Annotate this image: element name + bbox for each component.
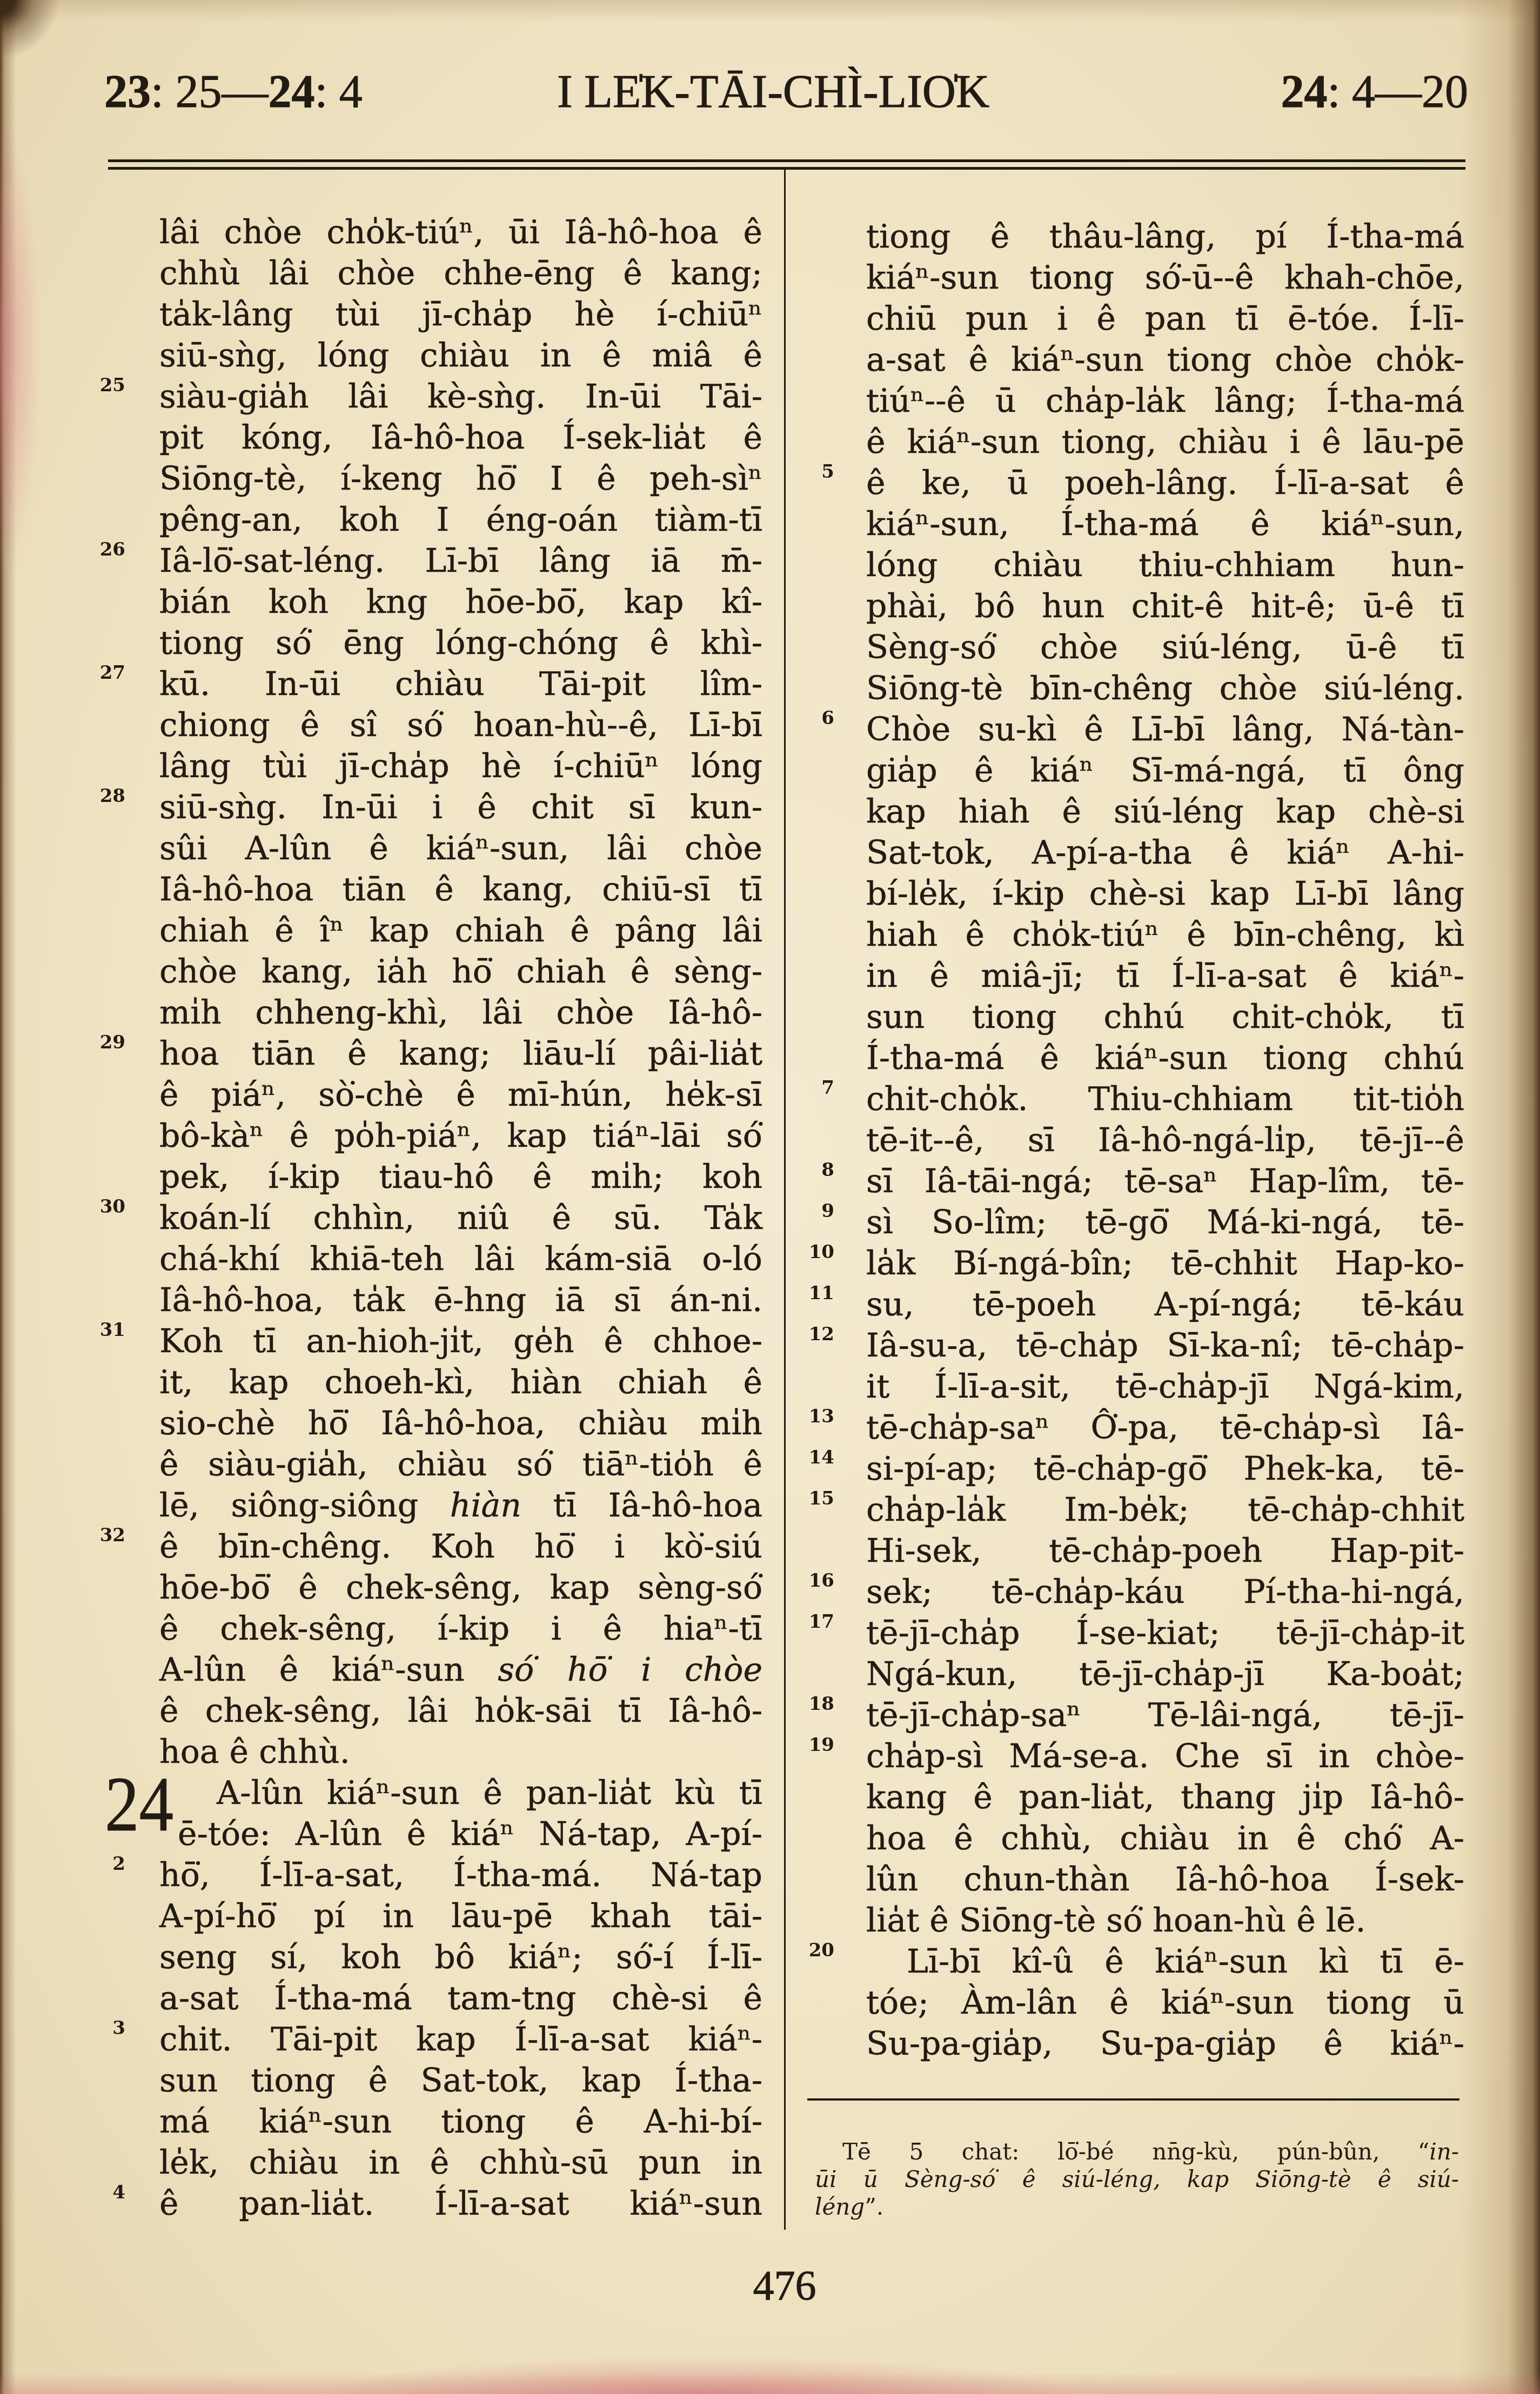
text-line: 19cha̍p-sì Má-se-a. Che sī in chòe-	[866, 1736, 1464, 1777]
line-text: Lī-bī kî-û ê kiáⁿ-sun kì tī ē-	[907, 1943, 1464, 1981]
text-line: lâng tùi jī-cha̍p hè í-chiūⁿ lóng	[159, 746, 762, 787]
text-line: chiah ê îⁿ kap chiah ê pâng lâi	[159, 910, 762, 951]
verse-number: 26	[82, 540, 125, 559]
verse-number: 12	[791, 1325, 834, 1343]
text-line: hoa ê chhù.	[159, 1731, 762, 1773]
line-text: sī Iâ-tāi-ngá; tē-saⁿ Hap-lîm, tē-	[866, 1162, 1464, 1200]
footnote: Tē 5 chat: lō͘-bé nn̄g-kù, pún-bûn, “in-…	[815, 2138, 1459, 2221]
text-line: a-sat ê kiáⁿ-sun tiong chòe cho̍k-	[866, 339, 1464, 380]
verse-number: 17	[791, 1613, 834, 1631]
text-line: tē-it--ê, sī Iâ-hô-ngá-li̍p, tē-jī--ê	[866, 1120, 1464, 1161]
text-line: kang ê pan-lia̍t, thang ji̍p Iâ-hô-	[866, 1777, 1464, 1818]
line-text: cha̍p-sì Má-se-a. Che sī in chòe-	[866, 1737, 1464, 1775]
text-line: lóng chiàu thiu-chhiam hun-	[866, 545, 1464, 586]
text-line: phài, bô hun chit-ê hit-ê; ū-ê tī	[866, 586, 1464, 627]
verse-number: 30	[82, 1198, 125, 1216]
line-text: sì So-lîm; tē-gō͘ Má-ki-ngá, tē-	[866, 1203, 1464, 1241]
text-line: ê piáⁿ, sò͘-chè ê mī-hún, he̍k-sī	[159, 1074, 762, 1115]
text-line: Sat-tok, A-pí-a-tha ê kiáⁿ A-hi-	[866, 832, 1464, 873]
text-line: 31Koh tī an-hioh-ji̍t, ge̍h ê chhoe-	[159, 1321, 762, 1362]
line-text: ê ke, ū poeh-lâng. Í-lī-a-sat ê	[866, 464, 1464, 502]
line-text: lē, siông-siông	[159, 1487, 450, 1524]
text-line: 3chit. Tāi-pit kap Í-lī-a-sat kiáⁿ-	[159, 2019, 762, 2060]
text-line: 2hō͘, Í-lī-a-sat, Í-tha-má. Ná-tap	[159, 1855, 762, 1896]
text-line: 17tē-jī-cha̍p Í-se-kiat; tē-jī-cha̍p-it	[866, 1613, 1464, 1654]
header-rule-bottom	[108, 167, 1465, 170]
verse-number: 18	[791, 1695, 834, 1713]
italic-text: hiàn	[450, 1487, 521, 1524]
header-ref-part: : 25—	[151, 65, 268, 117]
text-line: bí-le̍k, í-kip chè-si kap Lī-bī lâng	[866, 873, 1464, 914]
line-text: su, tē-poeh A-pí-ngá; tē-káu	[866, 1286, 1464, 1323]
text-line: 28siū-sǹg. In-ūi i ê chit sī kun-	[159, 787, 762, 828]
text-line: sûi A-lûn ê kiáⁿ-sun, lâi chòe	[159, 828, 762, 869]
right-text-column: tiong ê thâu-lâng, pí Í-tha-má kiáⁿ-sun …	[866, 216, 1464, 2064]
header-ref-part: : 4—20	[1328, 65, 1468, 117]
line-text: A-lûn kiáⁿ-sun ê pan-lia̍t kù tī	[217, 1774, 762, 1812]
header-reference-right: 24: 4—20	[1281, 68, 1468, 115]
text-line: Siōng-tè bīn-chêng chòe siú-léng.	[866, 668, 1464, 709]
text-line: ta̍k-lâng tùi jī-cha̍p hè í-chiūⁿ	[159, 294, 762, 335]
text-line: tiong só͘ ēng lóng-chóng ê khì-	[159, 623, 762, 664]
text-line: má kiáⁿ-sun tiong ê A-hi-bí-	[159, 2101, 762, 2142]
header-rule-top	[108, 159, 1465, 162]
text-line: pêng-an, koh I éng-oán tiàm-tī	[159, 499, 762, 540]
text-line: hiah ê cho̍k-tiúⁿ ê bīn-chêng, kì	[866, 914, 1464, 955]
text-line: Hi-sek, tē-cha̍p-poeh Hap-pit-	[866, 1530, 1464, 1572]
text-line: tiong ê thâu-lâng, pí Í-tha-má	[866, 216, 1464, 257]
verse-number: 3	[82, 2019, 125, 2037]
text-line: A-lûn ê kiáⁿ-sun só͘ hō͘ i chòe	[159, 1649, 762, 1690]
text-line: ê siàu-gia̍h, chiàu só͘ tiāⁿ-tio̍h ê	[159, 1444, 762, 1485]
text-line: lâi chòe cho̍k-tiúⁿ, ūi Iâ-hô-hoa ê	[159, 212, 762, 253]
line-text: la̍k Bí-ngá-bîn; tē-chhit Hap-ko-	[866, 1245, 1464, 1282]
text-line: Iâ-hô-hoa tiān ê kang, chiū-sī tī	[159, 869, 762, 910]
text-line: 15cha̍p-la̍k Im-be̍k; tē-cha̍p-chhit	[866, 1489, 1464, 1530]
text-line: kap hiah ê siú-léng kap chè-si	[866, 791, 1464, 832]
verse-number: 4	[82, 2183, 125, 2202]
text-line: 26Iâ-lō͘-sat-léng. Lī-bī lâng iā m̄-	[159, 540, 762, 581]
text-line: le̍k, chiàu in ê chhù-sū pun in	[159, 2142, 762, 2183]
footnote-quote: in-	[1429, 2138, 1459, 2165]
verse-number: 31	[82, 1321, 125, 1339]
text-line: tiúⁿ--ê ū cha̍p-la̍k lâng; Í-tha-má	[866, 380, 1464, 422]
text-line: lē, siông-siông hiàn tī Iâ-hô-hoa	[159, 1485, 762, 1526]
text-line: hōe-bō͘ ê chek-sêng, kap sèng-só͘	[159, 1567, 762, 1608]
text-line: chiū pun i ê pan tī ē-tóe. Í-lī-	[866, 298, 1464, 339]
text-line: A-pí-hō͘ pí in lāu-pē khah tāi-	[159, 1896, 762, 1937]
text-line: Iâ-hô-hoa, ta̍k ē-hng iā sī án-ni.	[159, 1280, 762, 1321]
verse-number: 14	[791, 1448, 834, 1467]
text-line: 10la̍k Bí-ngá-bîn; tē-chhit Hap-ko-	[866, 1243, 1464, 1284]
text-line: 18tē-jī-cha̍p-saⁿ Tē-lâi-ngá, tē-jī-	[866, 1695, 1464, 1736]
text-line: Ngá-kun, tē-jī-cha̍p-jī Ka-boa̍t;	[866, 1654, 1464, 1695]
text-line: seng sí, koh bô kiáⁿ; só͘-í Í-lī-	[159, 1937, 762, 1978]
verse-number: 7	[791, 1079, 834, 1097]
line-text: tī Iâ-hô-hoa	[521, 1487, 762, 1524]
text-line: sio-chè hō͘ Iâ-hô-hoa, chiàu mi̍h	[159, 1403, 762, 1444]
footnote-close: ”.	[865, 2194, 883, 2220]
text-line: 6Chòe su-kì ê Lī-bī lâng, Ná-tàn-	[866, 709, 1464, 750]
book-page: 23: 25—24: 4 I LE̍K-TĀI-CHÌ-LIO̍K 24: 4—…	[0, 0, 1540, 2394]
line-text: hoa tiān ê kang; liāu-lí pâi-lia̍t	[159, 1035, 762, 1073]
header-reference-left: 23: 25—24: 4	[104, 68, 363, 115]
text-line: kiáⁿ-sun tiong só͘-ū--ê khah-chōe,	[866, 257, 1464, 298]
verse-number: 28	[82, 787, 125, 805]
header-chapter-start: 23	[104, 65, 151, 117]
verse-number: 25	[82, 376, 125, 394]
footnote-quote: léng	[815, 2194, 865, 2220]
text-line: kiáⁿ-sun, Í-tha-má ê kiáⁿ-sun,	[866, 504, 1464, 545]
verse-number: 20	[791, 1941, 834, 1960]
line-text: koán-lí chhìn, niû ê sū. Ta̍k	[159, 1199, 762, 1237]
text-line: gia̍p ê kiáⁿ Sī-má-ngá, tī ông	[866, 750, 1464, 791]
text-line: mi̍h chheng-khì, lâi chòe Iâ-hô-	[159, 992, 762, 1033]
column-divider	[784, 170, 786, 2230]
text-line: siū-sǹg, lóng chiàu in ê miâ ê	[159, 335, 762, 376]
text-line: 14si-pí-ap; tē-cha̍p-gō͘ Phek-ka, tē-	[866, 1448, 1464, 1489]
footnote-label: Tē 5 chat: lō͘-bé nn̄g-kù, pún-bûn, “	[842, 2138, 1429, 2165]
text-line: a-sat Í-tha-má tam-tng chè-si ê	[159, 1978, 762, 2019]
footnote-line: ūi ū Sèng-só͘ ê siú-léng, kap Siōng-tè ê…	[815, 2165, 1459, 2193]
text-line: 12Iâ-su-a, tē-cha̍p Sī-ka-nî; tē-cha̍p-	[866, 1325, 1464, 1366]
line-text: Koh tī an-hioh-ji̍t, ge̍h ê chhoe-	[159, 1322, 762, 1360]
footnote-line: Tē 5 chat: lō͘-bé nn̄g-kù, pún-bûn, “in-	[815, 2138, 1459, 2165]
verse-number: 6	[791, 709, 834, 727]
verse-number: 27	[82, 664, 125, 682]
text-line: 30koán-lí chhìn, niû ê sū. Ta̍k	[159, 1198, 762, 1239]
text-line: 8sī Iâ-tāi-ngá; tē-saⁿ Hap-lîm, tē-	[866, 1161, 1464, 1202]
line-text: siàu-gia̍h lâi kè-sǹg. In-ūi Tāi-	[159, 378, 762, 416]
text-line: 24A-lûn kiáⁿ-sun ê pan-lia̍t kù tī	[159, 1773, 762, 1814]
line-text: Iâ-lō͘-sat-léng. Lī-bī lâng iā m̄-	[159, 542, 762, 580]
header-chapter: 24	[1281, 65, 1328, 117]
line-text: si-pí-ap; tē-cha̍p-gō͘ Phek-ka, tē-	[866, 1450, 1464, 1488]
text-line: 27kū. In-ūi chiàu Tāi-pit lîm-	[159, 664, 762, 705]
verse-number: 19	[791, 1736, 834, 1754]
text-line: chiong ê sî só͘ hoan-hù--ê, Lī-bī	[159, 705, 762, 746]
line-text: sek; tē-cha̍p-káu Pí-tha-hi-ngá,	[866, 1573, 1464, 1611]
verse-number: 32	[82, 1526, 125, 1544]
line-text: Iâ-su-a, tē-cha̍p Sī-ka-nî; tē-cha̍p-	[866, 1327, 1464, 1365]
text-line: it Í-lī-a-sit, tē-cha̍p-jī Ngá-kim,	[866, 1366, 1464, 1407]
text-line: 11su, tē-poeh A-pí-ngá; tē-káu	[866, 1284, 1464, 1325]
line-text: A-lûn ê kiáⁿ-sun	[159, 1651, 498, 1689]
line-text: Chòe su-kì ê Lī-bī lâng, Ná-tàn-	[866, 711, 1464, 748]
text-line: sun tiong ê Sat-tok, kap Í-tha-	[159, 2060, 762, 2101]
verse-number: 29	[82, 1033, 125, 1052]
line-text: tē-cha̍p-saⁿ Ô͘-pa, tē-cha̍p-sì Iâ-	[866, 1409, 1464, 1447]
verse-number: 15	[791, 1489, 834, 1508]
line-text: tē-jī-cha̍p Í-se-kiat; tē-jī-cha̍p-it	[866, 1614, 1464, 1652]
text-line: Su-pa-gia̍p, Su-pa-gia̍p ê kiáⁿ-	[866, 2023, 1464, 2064]
text-line: ê chek-sêng, í-kip i ê hiaⁿ-tī	[159, 1608, 762, 1649]
line-text: chit. Tāi-pit kap Í-lī-a-sat kiáⁿ-	[159, 2021, 762, 2058]
verse-number: 8	[791, 1161, 834, 1179]
text-line: chòe kang, ia̍h hō͘ chiah ê sèng-	[159, 951, 762, 992]
text-line: chhù lâi chòe chhe-ēng ê kang;	[159, 253, 762, 294]
text-line: 5ê ke, ū poeh-lâng. Í-lī-a-sat ê	[866, 463, 1464, 504]
text-line: bián koh kng hōe-bō͘, kap kî-	[159, 581, 762, 623]
verse-number: 5	[791, 463, 834, 481]
text-line: 4ê pan-lia̍t. Í-lī-a-sat kiáⁿ-sun	[159, 2183, 762, 2224]
text-line: pit kóng, Iâ-hô-hoa Í-sek-lia̍t ê	[159, 417, 762, 458]
text-line: Í-tha-má ê kiáⁿ-sun tiong chhú	[866, 1038, 1464, 1079]
line-text: hō͘, Í-lī-a-sat, Í-tha-má. Ná-tap	[159, 1856, 762, 1894]
text-line: 20Lī-bī kî-û ê kiáⁿ-sun kì tī ē-	[866, 1941, 1464, 1982]
text-line: ê chek-sêng, lâi ho̍k-sāi tī Iâ-hô-	[159, 1690, 762, 1731]
text-line: 7chit-cho̍k. Thiu-chhiam tit-tio̍h	[866, 1079, 1464, 1120]
line-text: kū. In-ūi chiàu Tāi-pit lîm-	[159, 665, 762, 703]
book-title: I LE̍K-TĀI-CHÌ-LIO̍K	[557, 68, 989, 115]
line-text: ê pan-lia̍t. Í-lī-a-sat kiáⁿ-sun	[159, 2185, 762, 2223]
verse-number: 10	[791, 1243, 834, 1261]
text-line: 25siàu-gia̍h lâi kè-sǹg. In-ūi Tāi-	[159, 376, 762, 417]
verse-number: 16	[791, 1572, 834, 1590]
text-line: ē-tóe: A-lûn ê kiáⁿ Ná-tap, A-pí-	[159, 1814, 762, 1855]
text-line: 13tē-cha̍p-saⁿ Ô͘-pa, tē-cha̍p-sì Iâ-	[866, 1407, 1464, 1448]
footnote-rule	[807, 2098, 1459, 2101]
italic-text: só͘ hō͘ i chòe	[498, 1651, 762, 1689]
text-line: in ê miâ-jī; tī Í-lī-a-sat ê kiáⁿ-	[866, 955, 1464, 997]
verse-number: 2	[82, 1855, 125, 1873]
text-line: ê kiáⁿ-sun tiong, chiàu i ê lāu-pē	[866, 422, 1464, 463]
text-line: 29hoa tiān ê kang; liāu-lí pâi-lia̍t	[159, 1033, 762, 1074]
text-line: lûn chun-thàn Iâ-hô-hoa Í-sek-	[866, 1859, 1464, 1900]
text-line: 16sek; tē-cha̍p-káu Pí-tha-hi-ngá,	[866, 1572, 1464, 1613]
left-text-column: lâi chòe cho̍k-tiúⁿ, ūi Iâ-hô-hoa ê chhù…	[159, 212, 762, 2224]
text-line: sun tiong chhú chit-cho̍k, tī	[866, 997, 1464, 1038]
text-line: it, kap choeh-kì, hiàn chiah ê	[159, 1362, 762, 1403]
text-line: Siōng-tè, í-keng hō͘ I ê peh-sìⁿ	[159, 458, 762, 499]
text-line: Sèng-só͘ chòe siú-léng, ū-ê tī	[866, 627, 1464, 668]
footnote-quote: ūi ū Sèng-só͘ ê siú-léng, kap Siōng-tè ê…	[815, 2166, 1459, 2192]
header-ref-part: : 4	[314, 65, 362, 117]
verse-number: 9	[791, 1202, 834, 1220]
text-line: hoa ê chhù, chiàu in ê chó͘ A-	[866, 1818, 1464, 1859]
text-line: pek, í-kip tiau-hô ê mi̍h; koh	[159, 1156, 762, 1198]
header-chapter-end: 24	[268, 65, 314, 117]
text-line: chá-khí khiā-teh lâi kám-siā o-ló	[159, 1239, 762, 1280]
text-line: tóe; Àm-lân ê kiáⁿ-sun tiong ū	[866, 1982, 1464, 2023]
text-line: bô-kàⁿ ê po̍h-piáⁿ, kap tiáⁿ-lāi só͘	[159, 1115, 762, 1156]
line-text: cha̍p-la̍k Im-be̍k; tē-cha̍p-chhit	[866, 1491, 1464, 1529]
verse-number: 11	[791, 1284, 834, 1302]
footnote-line: léng”.	[815, 2193, 1459, 2221]
text-line: lia̍t ê Siōng-tè só͘ hoan-hù ê lē.	[866, 1900, 1464, 1941]
line-text: siū-sǹg. In-ūi i ê chit sī kun-	[159, 788, 762, 826]
line-text: ê bīn-chêng. Koh hō͘ i kò͘-siú	[159, 1528, 762, 1566]
text-line: 9sì So-lîm; tē-gō͘ Má-ki-ngá, tē-	[866, 1202, 1464, 1243]
text-line: 32ê bīn-chêng. Koh hō͘ i kò͘-siú	[159, 1526, 762, 1567]
page-number: 476	[704, 2264, 866, 2306]
verse-number: 13	[791, 1407, 834, 1426]
line-text: tē-jī-cha̍p-saⁿ Tē-lâi-ngá, tē-jī-	[866, 1696, 1464, 1734]
line-text: chit-cho̍k. Thiu-chhiam tit-tio̍h	[866, 1080, 1464, 1118]
